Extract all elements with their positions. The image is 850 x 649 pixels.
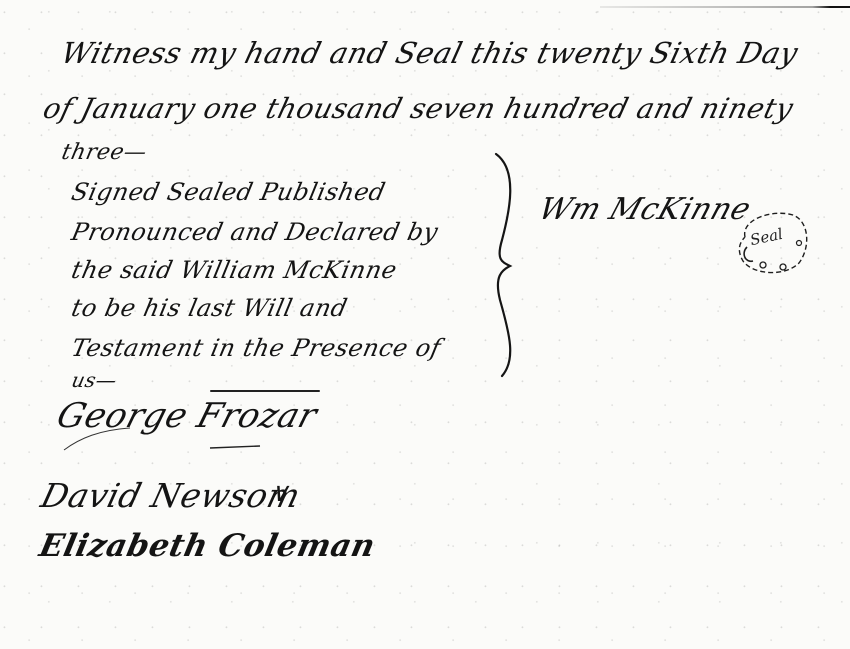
attestation-line-5: Testament in the Presence of (69, 334, 443, 362)
brace-icon (488, 150, 528, 380)
attestation-line-6: us— (69, 368, 119, 392)
attestation-line-4: to be his last Will and (69, 294, 350, 322)
body-line-2: of January one thousand seven hundred an… (40, 92, 797, 125)
witness-signature-2: David Newsom (37, 476, 304, 515)
attestation-line-1: Signed Sealed Published (69, 178, 388, 206)
signature-flourish (60, 420, 310, 460)
testator-signature: Wm McKinne (534, 192, 755, 227)
body-line-3: three— (59, 140, 149, 165)
attestation-line-3: the said William McKinne (69, 256, 400, 284)
dash-flourish (210, 390, 320, 392)
document-page: Witness my hand and Seal this twenty Six… (0, 0, 850, 649)
attestation-line-2: Pronounced and Declared by (69, 218, 441, 246)
witness-signature-3: Elizabeth Coleman (36, 528, 378, 564)
body-line-1: Witness my hand and Seal this twenty Six… (58, 36, 802, 70)
top-edge-rule (600, 6, 850, 8)
